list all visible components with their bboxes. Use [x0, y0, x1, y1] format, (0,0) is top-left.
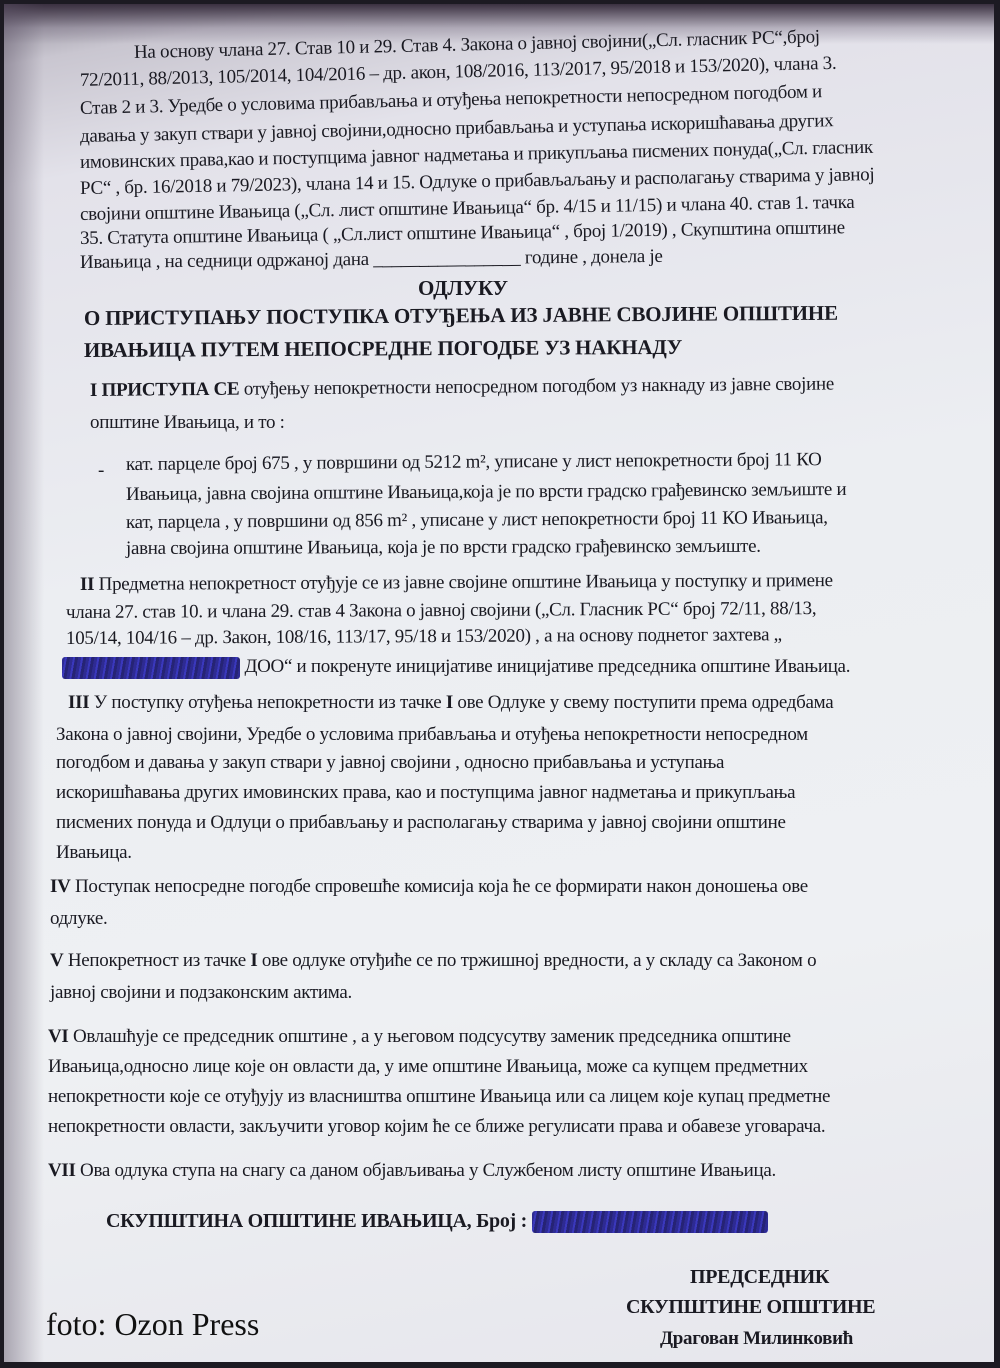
section-6-label: VI: [48, 1026, 69, 1047]
section-1-label: I ПРИСТУПА СЕ: [90, 379, 240, 401]
section-1-line: I ПРИСТУПА СЕ отуђењу непокретности непо…: [90, 374, 834, 402]
document-subtitle: О ПРИСТУПАЊУ ПОСТУПКА ОТУЂЕЊА ИЗ ЈАВНЕ С…: [84, 301, 838, 331]
section-4-label: IV: [50, 876, 71, 897]
section-1-line: општине Ивањица, и то :: [90, 412, 285, 434]
section-3-line: погодбом и давања у закуп ствари у јавно…: [56, 752, 724, 774]
section-3-line: Ивањица.: [56, 842, 132, 864]
parcel-item-line: Ивањица, јавна својина општине Ивањица,к…: [126, 479, 846, 506]
section-2-line: ДОО“ и покренуте иницијативе иницијативе…: [62, 656, 850, 679]
redacted-document-number: [532, 1211, 768, 1233]
section-3-line: III У поступку отуђења непокретности из …: [68, 692, 833, 714]
section-5-label: V: [50, 950, 63, 971]
document-heading: ОДЛУКУ: [418, 276, 508, 301]
section-3-line: искоришћавања других имовинских права, к…: [56, 782, 795, 804]
section-4-line: одлуке.: [50, 908, 107, 930]
signature-title: СКУПШТИНЕ ОПШТИНЕ: [626, 1296, 875, 1319]
section-6-line: непокретности овласти, закључити уговор …: [48, 1116, 825, 1138]
section-3-line: Закона о јавној својини, Уредбе о услови…: [56, 724, 808, 746]
section-3-line: писмених понуда и Одлуци о прибављању и …: [56, 812, 786, 834]
signature-title: ПРЕДСЕДНИК: [690, 1266, 829, 1289]
section-7-line: VII Ова одлука ступа на снагу са даном о…: [48, 1160, 776, 1182]
photo-credit: foto: Ozon Press: [46, 1306, 259, 1343]
section-6-line: непокретности које се отуђују из власниш…: [48, 1086, 830, 1108]
assembly-number-line: СКУПШТИНА ОПШТИНЕ ИВАЊИЦА, Број :: [106, 1210, 768, 1233]
document-subtitle: ИВАЊИЦА ПУТЕМ НЕПОСРЕДНЕ ПОГОДБЕ УЗ НАКН…: [84, 335, 682, 363]
section-7-label: VII: [48, 1160, 76, 1181]
section-6-line: VI Овлашћује се председник општине , а у…: [48, 1026, 791, 1048]
section-5-line: V Непокретност из тачке I ове одлуке оту…: [50, 950, 816, 972]
section-2-line: члана 27. став 10. и члана 29. став 4 За…: [66, 598, 816, 624]
section-4-line: IV Поступак непосредне погодбе спровешће…: [50, 876, 808, 898]
document-photo: На основу члана 27. Став 10 и 29. Став 4…: [4, 4, 994, 1362]
parcel-item-line: кат, парцела , у површини од 856 m² , уп…: [126, 507, 828, 534]
signature-name: Драгован Милинковић: [660, 1328, 853, 1350]
section-3-label: III: [68, 692, 89, 713]
section-6-line: Ивањица,односно лице које он овласти да,…: [48, 1056, 808, 1078]
section-5-line: јавној својини и подзаконским актима.: [50, 982, 352, 1004]
parcel-item-line: кат. парцеле број 675 , у површини од 52…: [126, 449, 822, 476]
parcel-item-line: јавна својина општине Ивањица, која је п…: [126, 536, 761, 560]
redacted-company-name: [62, 657, 240, 679]
section-2-line: II Предметна непокретност отуђује се из …: [80, 570, 833, 596]
preamble-line: Ивањица , на седници одржаној дана _____…: [80, 246, 663, 274]
bullet-dash: -: [98, 460, 104, 482]
section-2-line: 105/14, 104/16 – др. Закон, 108/16, 113/…: [66, 624, 782, 650]
section-2-label: II: [80, 574, 94, 595]
